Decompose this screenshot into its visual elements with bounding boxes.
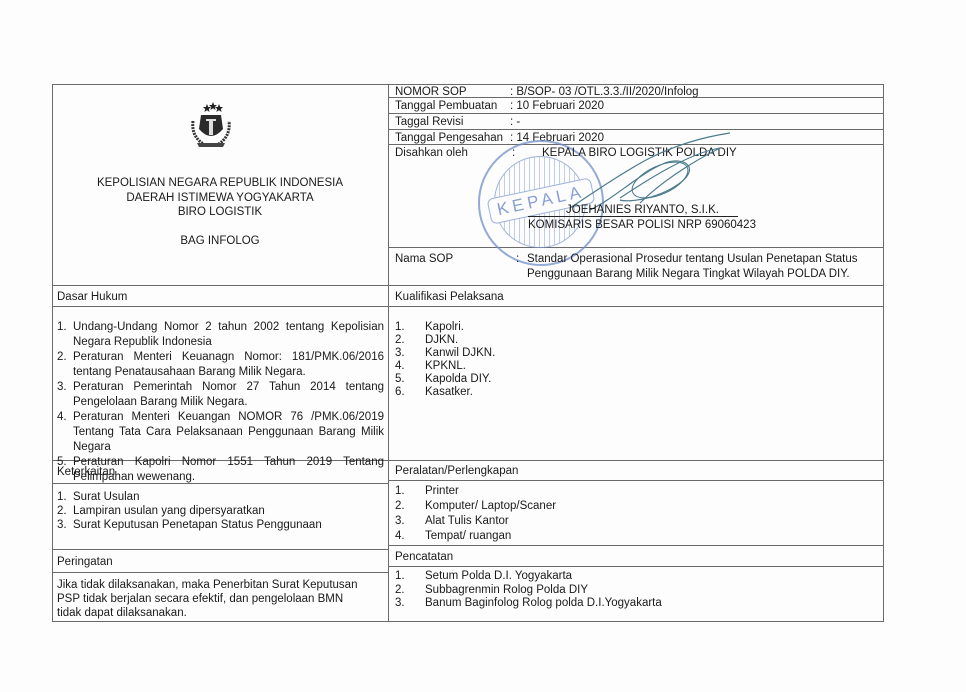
list-number: 3. bbox=[57, 518, 67, 532]
list-item-text: Setum Polda D.I. Yogyakarta bbox=[425, 570, 572, 582]
dasar-hukum-heading: Dasar Hukum bbox=[57, 290, 127, 304]
list-item-text: Peraturan Menteri Keuanagn Nomor: 181/PM… bbox=[73, 350, 384, 380]
list-item-text: Kapolda DIY. bbox=[425, 373, 491, 385]
list-item: 1.Surat Usulan bbox=[57, 490, 384, 504]
list-item: 6.Kasatker. bbox=[395, 386, 875, 399]
list-item-text: Surat Keputusan Penetapan Status Penggun… bbox=[73, 519, 322, 531]
pencatatan-heading: Pencatatan bbox=[395, 550, 453, 564]
peralatan-heading: Peralatan/Perlengkapan bbox=[395, 464, 518, 478]
nama-sop-label: Nama SOP bbox=[395, 252, 453, 266]
row-line bbox=[52, 549, 388, 550]
list-item: 4.Tempat/ ruangan bbox=[395, 529, 875, 544]
keterkaitan-list: 1.Surat Usulan2.Lampiran usulan yang dip… bbox=[57, 490, 384, 532]
nama-sop-line-2: Penggunaan Barang Milik Negara Tingkat W… bbox=[527, 267, 850, 281]
meta-value-pembuatan: : 10 Februari 2020 bbox=[510, 99, 604, 113]
peralatan-list: 1.Printer2.Komputer/ Laptop/Scaner3.Alat… bbox=[395, 484, 875, 544]
meta-label-nomor: NOMOR SOP bbox=[395, 85, 467, 99]
unit-name: BAG INFOLOG bbox=[52, 234, 388, 248]
list-item-text: Undang-Undang Nomor 2 tahun 2002 tentang… bbox=[73, 320, 384, 350]
list-number: 1. bbox=[395, 570, 405, 584]
list-item-text: DJKN. bbox=[425, 334, 458, 346]
list-item: 2.Subbagrenmin Rolog Polda DIY bbox=[395, 584, 875, 598]
list-item-text: Tempat/ ruangan bbox=[425, 530, 511, 542]
signature-underline bbox=[528, 216, 738, 217]
row-line bbox=[52, 306, 884, 307]
approval-label: Disahkan oleh bbox=[395, 146, 468, 160]
list-number: 2. bbox=[395, 334, 405, 347]
row-line bbox=[388, 545, 884, 546]
list-item: 3.Banum Baginfolog Rolog polda D.I.Yogya… bbox=[395, 597, 875, 611]
kualifikasi-heading: Kualifikasi Pelaksana bbox=[395, 290, 504, 304]
meta-value-nomor: : B/SOP- 03 /OTL.3.3./II/2020/Infolog bbox=[510, 85, 699, 99]
signatory-name: JOEHANIES RIYANTO, S.I.K. bbox=[566, 203, 719, 217]
column-divider bbox=[388, 84, 389, 622]
list-item: 2.DJKN. bbox=[395, 334, 875, 347]
list-item-text: Kasatker. bbox=[425, 386, 473, 398]
list-item-text: Peraturan Kapolri Nomor 1551 Tahun 2019 … bbox=[73, 455, 384, 485]
meta-value-revisi: : - bbox=[510, 115, 520, 129]
list-number: 1. bbox=[395, 484, 405, 499]
nama-sop-line-1: Standar Operasional Prosedur tentang Usu… bbox=[527, 252, 858, 266]
list-item-text: Printer bbox=[425, 485, 459, 497]
dasar-hukum-list: 1.Undang-Undang Nomor 2 tahun 2002 tenta… bbox=[57, 320, 384, 485]
list-item-text: Surat Usulan bbox=[73, 491, 139, 503]
list-item-text: Peraturan Menteri Keuangan NOMOR 76 /PMK… bbox=[73, 410, 384, 455]
signatory-rank: KOMISARIS BESAR POLISI NRP 69060423 bbox=[528, 218, 756, 232]
list-item: 4.KPKNL. bbox=[395, 360, 875, 373]
row-line bbox=[52, 285, 884, 286]
list-number: 2. bbox=[57, 350, 67, 365]
list-number: 2. bbox=[395, 584, 405, 598]
list-item-text: Banum Baginfolog Rolog polda D.I.Yogyaka… bbox=[425, 597, 662, 609]
keterkaitan-heading: Keterkaitan bbox=[57, 465, 115, 479]
list-item-text: KPKNL. bbox=[425, 360, 466, 372]
list-item: 3.Alat Tulis Kantor bbox=[395, 514, 875, 529]
row-line bbox=[388, 566, 884, 567]
kualifikasi-list: 1.Kapolri.2.DJKN.3.Kanwil DJKN.4.KPKNL.5… bbox=[395, 321, 875, 399]
meta-label-pengesahan: Tanggal Pengesahan bbox=[395, 131, 503, 145]
list-item: 2.Komputer/ Laptop/Scaner bbox=[395, 499, 875, 514]
list-number: 1. bbox=[57, 490, 67, 504]
list-number: 2. bbox=[395, 499, 405, 514]
list-item-text: Kapolri. bbox=[425, 321, 464, 333]
list-number: 5. bbox=[395, 373, 405, 386]
org-name-line-3: BIRO LOGISTIK bbox=[52, 205, 388, 219]
row-line bbox=[52, 572, 388, 573]
list-item-text: Lampiran usulan yang dipersyaratkan bbox=[73, 505, 265, 517]
list-item-text: Peraturan Pemerintah Nomor 27 Tahun 2014… bbox=[73, 380, 384, 410]
meta-label-pembuatan: Tanggal Pembuatan bbox=[395, 99, 497, 113]
list-number: 3. bbox=[57, 380, 67, 395]
list-number: 3. bbox=[395, 597, 405, 611]
list-item: 4.Peraturan Menteri Keuangan NOMOR 76 /P… bbox=[57, 410, 384, 455]
list-item: 2.Lampiran usulan yang dipersyaratkan bbox=[57, 504, 384, 518]
polri-emblem-icon bbox=[183, 99, 239, 151]
nama-sop-colon: : bbox=[516, 252, 519, 266]
row-line bbox=[388, 480, 884, 481]
list-number: 2. bbox=[57, 504, 67, 518]
list-item-text: Kanwil DJKN. bbox=[425, 347, 495, 359]
list-item: 5.Kapolda DIY. bbox=[395, 373, 875, 386]
list-number: 1. bbox=[395, 321, 405, 334]
list-number: 3. bbox=[395, 347, 405, 360]
list-item: 3.Surat Keputusan Penetapan Status Pengg… bbox=[57, 518, 384, 532]
list-number: 1. bbox=[57, 320, 67, 335]
row-line bbox=[388, 247, 884, 248]
pencatatan-list: 1.Setum Polda D.I. Yogyakarta2.Subbagren… bbox=[395, 570, 875, 611]
list-number: 3. bbox=[395, 514, 405, 529]
list-item-text: Subbagrenmin Rolog Polda DIY bbox=[425, 584, 588, 596]
peringatan-heading: Peringatan bbox=[57, 555, 113, 569]
peringatan-text: Jika tidak dilaksanakan, maka Penerbitan… bbox=[57, 578, 367, 620]
list-item-text: Komputer/ Laptop/Scaner bbox=[425, 500, 556, 512]
org-name-line-1: KEPOLISIAN NEGARA REPUBLIK INDONESIA bbox=[52, 176, 388, 190]
org-name-line-2: DAERAH ISTIMEWA YOGYAKARTA bbox=[52, 191, 388, 205]
list-item: 1.Kapolri. bbox=[395, 321, 875, 334]
list-item: 1.Undang-Undang Nomor 2 tahun 2002 tenta… bbox=[57, 320, 384, 350]
list-number: 4. bbox=[395, 529, 405, 544]
list-item: 2.Peraturan Menteri Keuanagn Nomor: 181/… bbox=[57, 350, 384, 380]
list-item: 1.Setum Polda D.I. Yogyakarta bbox=[395, 570, 875, 584]
list-item: 1.Printer bbox=[395, 484, 875, 499]
list-number: 4. bbox=[395, 360, 405, 373]
meta-label-revisi: Taggal Revisi bbox=[395, 115, 463, 129]
list-number: 4. bbox=[57, 410, 67, 425]
sop-document: KEPOLISIAN NEGARA REPUBLIK INDONESIA DAE… bbox=[0, 0, 966, 692]
list-item: 3.Kanwil DJKN. bbox=[395, 347, 875, 360]
row-line bbox=[388, 113, 884, 114]
list-number: 6. bbox=[395, 386, 405, 399]
list-item: 3.Peraturan Pemerintah Nomor 27 Tahun 20… bbox=[57, 380, 384, 410]
list-item-text: Alat Tulis Kantor bbox=[425, 515, 509, 527]
